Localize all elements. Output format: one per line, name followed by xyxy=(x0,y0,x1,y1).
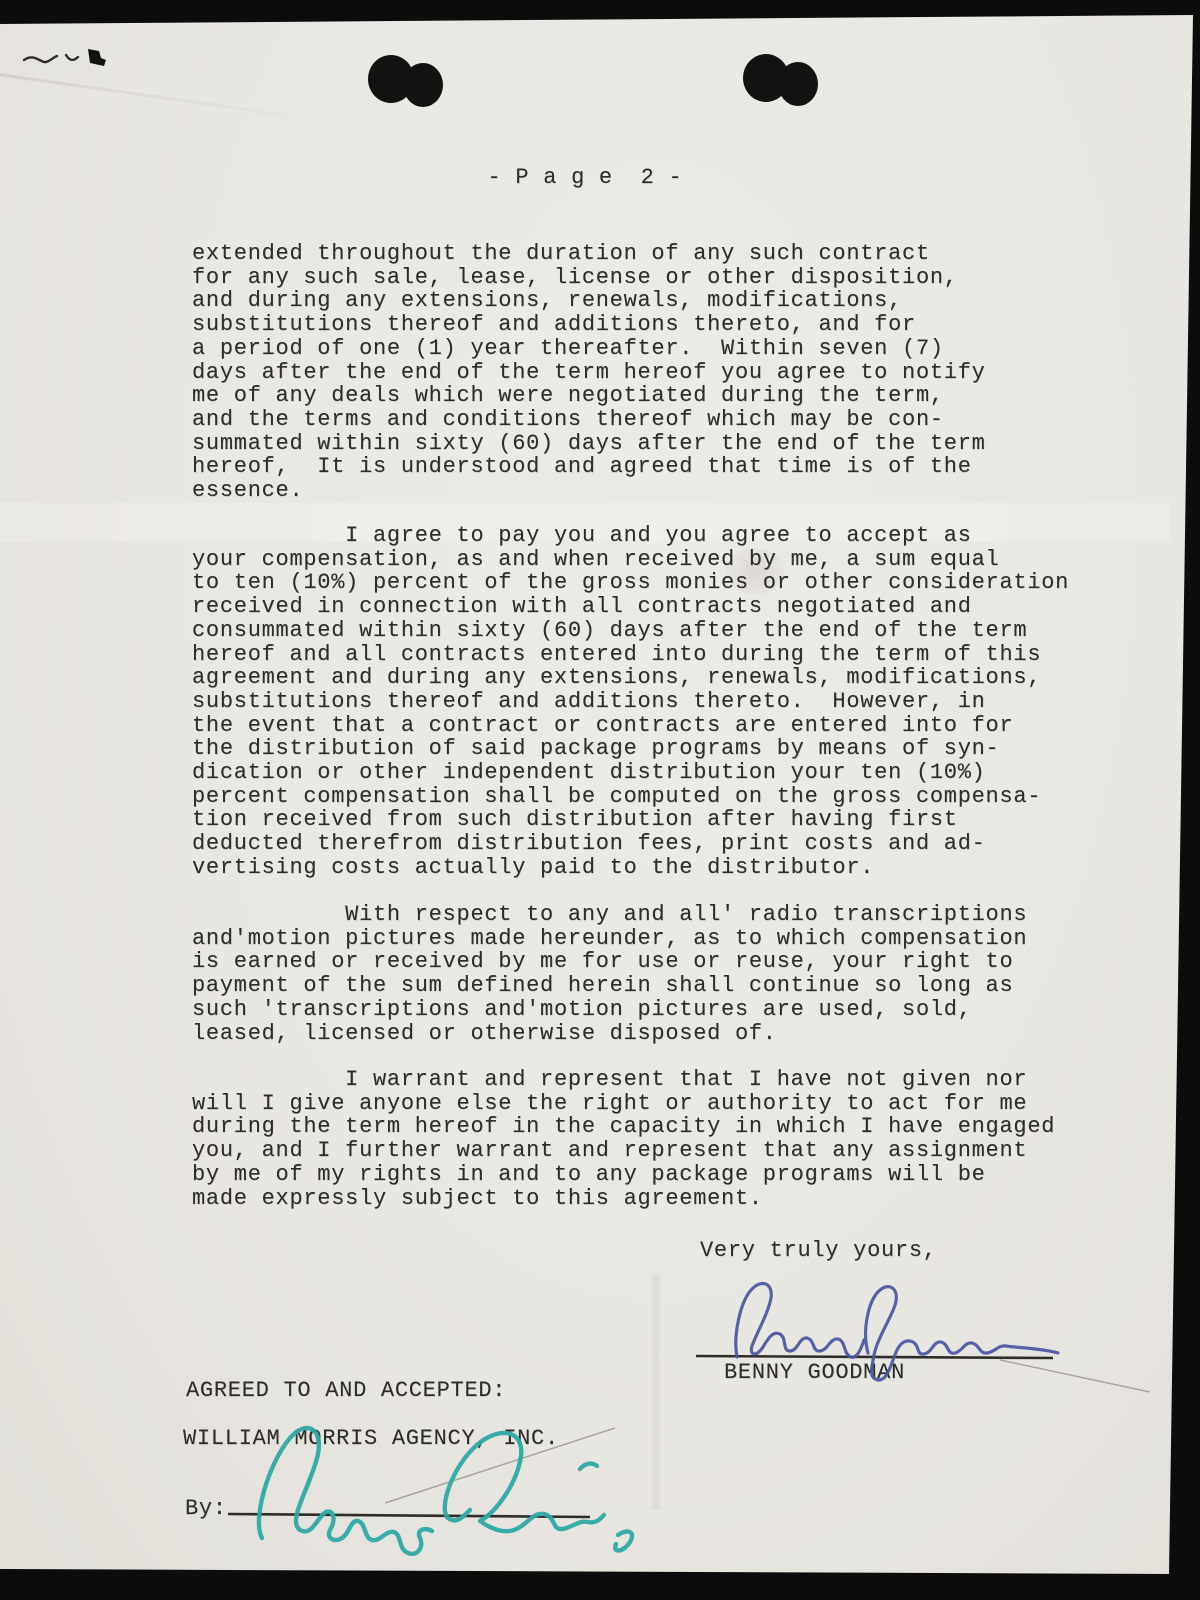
paper-sheet: - P a g e 2 - extended throughout the du… xyxy=(0,0,1200,1600)
body-paragraph-1: extended throughout the duration of any … xyxy=(192,242,986,503)
scanned-letter-page: { "colors": { "paper": "#e9e7e2", "typed… xyxy=(0,0,1200,1600)
signature-rule-benny xyxy=(696,1356,1053,1358)
paper-crease-vertical xyxy=(650,1275,662,1510)
company-name: WILLIAM MORRIS AGENCY, INC. xyxy=(183,1427,559,1451)
hole-punch-icon xyxy=(368,54,818,107)
paper-crease xyxy=(0,70,287,116)
body-paragraph-3: With respect to any and all' radio trans… xyxy=(192,903,1027,1045)
agreed-accepted-label: AGREED TO AND ACCEPTED: xyxy=(186,1379,506,1403)
body-paragraph-4: I warrant and represent that I have not … xyxy=(192,1068,1055,1210)
signer-name: BENNY GOODMAN xyxy=(724,1361,905,1385)
body-paragraph-2: I agree to pay you and you agree to acce… xyxy=(192,524,1069,880)
page-number-header: - P a g e 2 - xyxy=(0,166,1170,190)
valediction: Very truly yours, xyxy=(700,1239,937,1263)
by-label: By: xyxy=(185,1497,227,1521)
signature-rule-by xyxy=(228,1514,590,1517)
handwritten-scribble xyxy=(24,49,106,66)
